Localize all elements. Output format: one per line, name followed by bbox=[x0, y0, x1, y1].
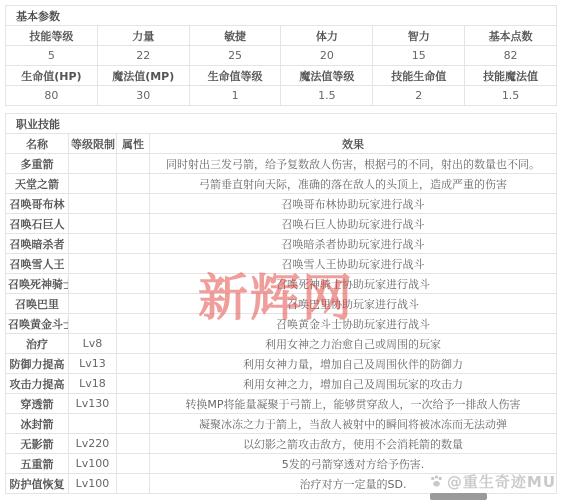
skill-effect: 召唤巴里协助玩家进行战斗 bbox=[150, 294, 557, 314]
table-row: 5 22 25 20 15 82 bbox=[6, 46, 557, 66]
stat-value: 82 bbox=[465, 46, 557, 66]
skill-attr bbox=[117, 234, 150, 254]
table-row: 攻击力提高 Lv18 利用女神之力，增加自己及周围玩家的攻击力 bbox=[6, 374, 557, 394]
stat-header-intelligence: 智力 bbox=[373, 26, 465, 46]
skill-attr bbox=[117, 434, 150, 454]
table-row: 防护值恢复 Lv100 治疗对方一定量的SD. bbox=[6, 474, 557, 494]
skills-title: 职业技能 bbox=[6, 114, 557, 134]
skill-name: 无影箭 bbox=[6, 434, 69, 454]
stat-header-skill-hp: 技能生命值 bbox=[373, 66, 465, 86]
skill-attr bbox=[117, 174, 150, 194]
skill-effect: 5发的弓箭穿透对方给予伤害. bbox=[150, 454, 557, 474]
skill-effect: 治疗对方一定量的SD. bbox=[150, 474, 557, 494]
table-row: 召唤哥布林 召唤哥布林协助玩家进行战斗 bbox=[6, 194, 557, 214]
skill-level: Lv220 bbox=[69, 434, 117, 454]
skill-level bbox=[69, 154, 117, 174]
skill-attr bbox=[117, 394, 150, 414]
skill-level bbox=[69, 294, 117, 314]
skill-effect: 召唤死神骑士协助玩家进行战斗 bbox=[150, 274, 557, 294]
skill-effect: 利用女神之力，增加自己及周围玩家的攻击力 bbox=[150, 374, 557, 394]
table-row: 技能等级 力量 敏捷 体力 智力 基本点数 bbox=[6, 26, 557, 46]
table-row: 多重箭 同时射出三发弓箭，给予复数敌人伤害，根据弓的不同，射出的数量也不同。 bbox=[6, 154, 557, 174]
table-row: 天堂之箭 弓箭垂直射向天际，准确的落在敌人的头顶上，造成严重的伤害 bbox=[6, 174, 557, 194]
skill-name: 召唤巴里 bbox=[6, 294, 69, 314]
skill-attr bbox=[117, 454, 150, 474]
skill-level: Lv13 bbox=[69, 354, 117, 374]
stat-header-agility: 敏捷 bbox=[189, 26, 281, 46]
stat-value: 80 bbox=[6, 86, 98, 106]
stat-value: 30 bbox=[97, 86, 189, 106]
skill-effect: 召唤暗杀者协助玩家进行战斗 bbox=[150, 234, 557, 254]
basic-params-table: 基本参数 技能等级 力量 敏捷 体力 智力 基本点数 5 22 25 20 15… bbox=[5, 5, 557, 106]
skill-effect: 召唤雪人王协助玩家进行战斗 bbox=[150, 254, 557, 274]
skill-effect: 利用女神力量，增加自己及周围伙伴的防御力 bbox=[150, 354, 557, 374]
stat-header-skill-level: 技能等级 bbox=[6, 26, 98, 46]
skill-name: 多重箭 bbox=[6, 154, 69, 174]
stat-header-strength: 力量 bbox=[97, 26, 189, 46]
stat-value: 20 bbox=[281, 46, 373, 66]
skill-attr bbox=[117, 414, 150, 434]
col-header-level-limit: 等级限制 bbox=[69, 134, 117, 154]
skills-title-row: 职业技能 bbox=[6, 114, 557, 134]
stat-value: 5 bbox=[6, 46, 98, 66]
stat-header-skill-mp: 技能魔法值 bbox=[465, 66, 557, 86]
skill-attr bbox=[117, 374, 150, 394]
stat-value: 1.5 bbox=[281, 86, 373, 106]
stat-header-base-points: 基本点数 bbox=[465, 26, 557, 46]
skill-name: 攻击力提高 bbox=[6, 374, 69, 394]
skill-effect: 凝聚冰冻之力于箭上，当敌人被射中的瞬间将被冰冻而无法动弹 bbox=[150, 414, 557, 434]
stat-header-mp: 魔法值(MP) bbox=[97, 66, 189, 86]
table-row: 召唤黄金斗士 召唤黄金斗士协助玩家进行战斗 bbox=[6, 314, 557, 334]
skill-effect: 召唤黄金斗士协助玩家进行战斗 bbox=[150, 314, 557, 334]
skill-name: 防御力提高 bbox=[6, 354, 69, 374]
table-row: 召唤雪人王 召唤雪人王协助玩家进行战斗 bbox=[6, 254, 557, 274]
stat-value: 25 bbox=[189, 46, 281, 66]
table-row: 召唤死神骑士 召唤死神骑士协助玩家进行战斗 bbox=[6, 274, 557, 294]
stat-header-hp: 生命值(HP) bbox=[6, 66, 98, 86]
table-row: 80 30 1 1.5 2 1.5 bbox=[6, 86, 557, 106]
skill-effect: 转换MP将能量凝聚于弓箭上，能够贯穿敌人，一次给予一排敌人伤害 bbox=[150, 394, 557, 414]
skill-effect: 弓箭垂直射向天际，准确的落在敌人的头顶上，造成严重的伤害 bbox=[150, 174, 557, 194]
skill-name: 治疗 bbox=[6, 334, 69, 354]
skill-level bbox=[69, 234, 117, 254]
table-row: 召唤巴里 召唤巴里协助玩家进行战斗 bbox=[6, 294, 557, 314]
skill-attr bbox=[117, 334, 150, 354]
skill-attr bbox=[117, 154, 150, 174]
table-row: 召唤石巨人 召唤石巨人协助玩家进行战斗 bbox=[6, 214, 557, 234]
skill-name: 防护值恢复 bbox=[6, 474, 69, 494]
basic-params-title: 基本参数 bbox=[6, 6, 557, 26]
skills-table: 职业技能 名称 等级限制 属性 效果 多重箭 同时射出三发弓箭，给予复数敌人伤害… bbox=[5, 113, 557, 494]
skill-name: 召唤死神骑士 bbox=[6, 274, 69, 294]
skill-effect: 以幻影之箭攻击敌方，使用不会消耗箭的数量 bbox=[150, 434, 557, 454]
table-row: 召唤暗杀者 召唤暗杀者协助玩家进行战斗 bbox=[6, 234, 557, 254]
table-row: 生命值(HP) 魔法值(MP) 生命值等级 魔法值等级 技能生命值 技能魔法值 bbox=[6, 66, 557, 86]
stat-value: 1.5 bbox=[465, 86, 557, 106]
skill-level: Lv100 bbox=[69, 454, 117, 474]
stat-header-mp-level: 魔法值等级 bbox=[281, 66, 373, 86]
skill-level: Lv130 bbox=[69, 394, 117, 414]
skill-attr bbox=[117, 474, 150, 494]
skill-attr bbox=[117, 214, 150, 234]
table-row: 穿透箭 Lv130 转换MP将能量凝聚于弓箭上，能够贯穿敌人，一次给予一排敌人伤… bbox=[6, 394, 557, 414]
skill-attr bbox=[117, 274, 150, 294]
skill-name: 天堂之箭 bbox=[6, 174, 69, 194]
col-header-effect: 效果 bbox=[150, 134, 557, 154]
skill-level bbox=[69, 194, 117, 214]
skill-effect: 召唤哥布林协助玩家进行战斗 bbox=[150, 194, 557, 214]
table-row: 无影箭 Lv220 以幻影之箭攻击敌方，使用不会消耗箭的数量 bbox=[6, 434, 557, 454]
skill-attr bbox=[117, 314, 150, 334]
skill-level bbox=[69, 254, 117, 274]
skill-level bbox=[69, 414, 117, 434]
skill-level: Lv100 bbox=[69, 474, 117, 494]
stat-header-stamina: 体力 bbox=[281, 26, 373, 46]
stat-header-hp-level: 生命值等级 bbox=[189, 66, 281, 86]
stat-value: 22 bbox=[97, 46, 189, 66]
skill-level bbox=[69, 274, 117, 294]
table-row: 冰封箭 凝聚冰冻之力于箭上，当敌人被射中的瞬间将被冰冻而无法动弹 bbox=[6, 414, 557, 434]
stat-value: 15 bbox=[373, 46, 465, 66]
stat-value: 1 bbox=[189, 86, 281, 106]
col-header-attribute: 属性 bbox=[117, 134, 150, 154]
skill-effect: 利用女神之力治愈自己或周围的玩家 bbox=[150, 334, 557, 354]
table-row: 治疗 Lv8 利用女神之力治愈自己或周围的玩家 bbox=[6, 334, 557, 354]
basic-params-title-row: 基本参数 bbox=[6, 6, 557, 26]
skill-level: Lv8 bbox=[69, 334, 117, 354]
skill-name: 召唤暗杀者 bbox=[6, 234, 69, 254]
skill-name: 召唤石巨人 bbox=[6, 214, 69, 234]
col-header-name: 名称 bbox=[6, 134, 69, 154]
skill-name: 冰封箭 bbox=[6, 414, 69, 434]
bottom-partial-bar bbox=[430, 493, 487, 500]
skill-attr bbox=[117, 354, 150, 374]
skill-attr bbox=[117, 294, 150, 314]
skill-level bbox=[69, 214, 117, 234]
skill-level bbox=[69, 314, 117, 334]
skill-attr bbox=[117, 254, 150, 274]
table-row: 五重箭 Lv100 5发的弓箭穿透对方给予伤害. bbox=[6, 454, 557, 474]
skill-name: 召唤雪人王 bbox=[6, 254, 69, 274]
skill-name: 五重箭 bbox=[6, 454, 69, 474]
skill-effect: 召唤石巨人协助玩家进行战斗 bbox=[150, 214, 557, 234]
stat-value: 2 bbox=[373, 86, 465, 106]
skills-header-row: 名称 等级限制 属性 效果 bbox=[6, 134, 557, 154]
skill-effect: 同时射出三发弓箭，给予复数敌人伤害，根据弓的不同，射出的数量也不同。 bbox=[150, 154, 557, 174]
skill-name: 召唤黄金斗士 bbox=[6, 314, 69, 334]
skill-name: 召唤哥布林 bbox=[6, 194, 69, 214]
skill-attr bbox=[117, 194, 150, 214]
skill-level: Lv18 bbox=[69, 374, 117, 394]
skill-name: 穿透箭 bbox=[6, 394, 69, 414]
skill-level bbox=[69, 174, 117, 194]
table-row: 防御力提高 Lv13 利用女神力量，增加自己及周围伙伴的防御力 bbox=[6, 354, 557, 374]
